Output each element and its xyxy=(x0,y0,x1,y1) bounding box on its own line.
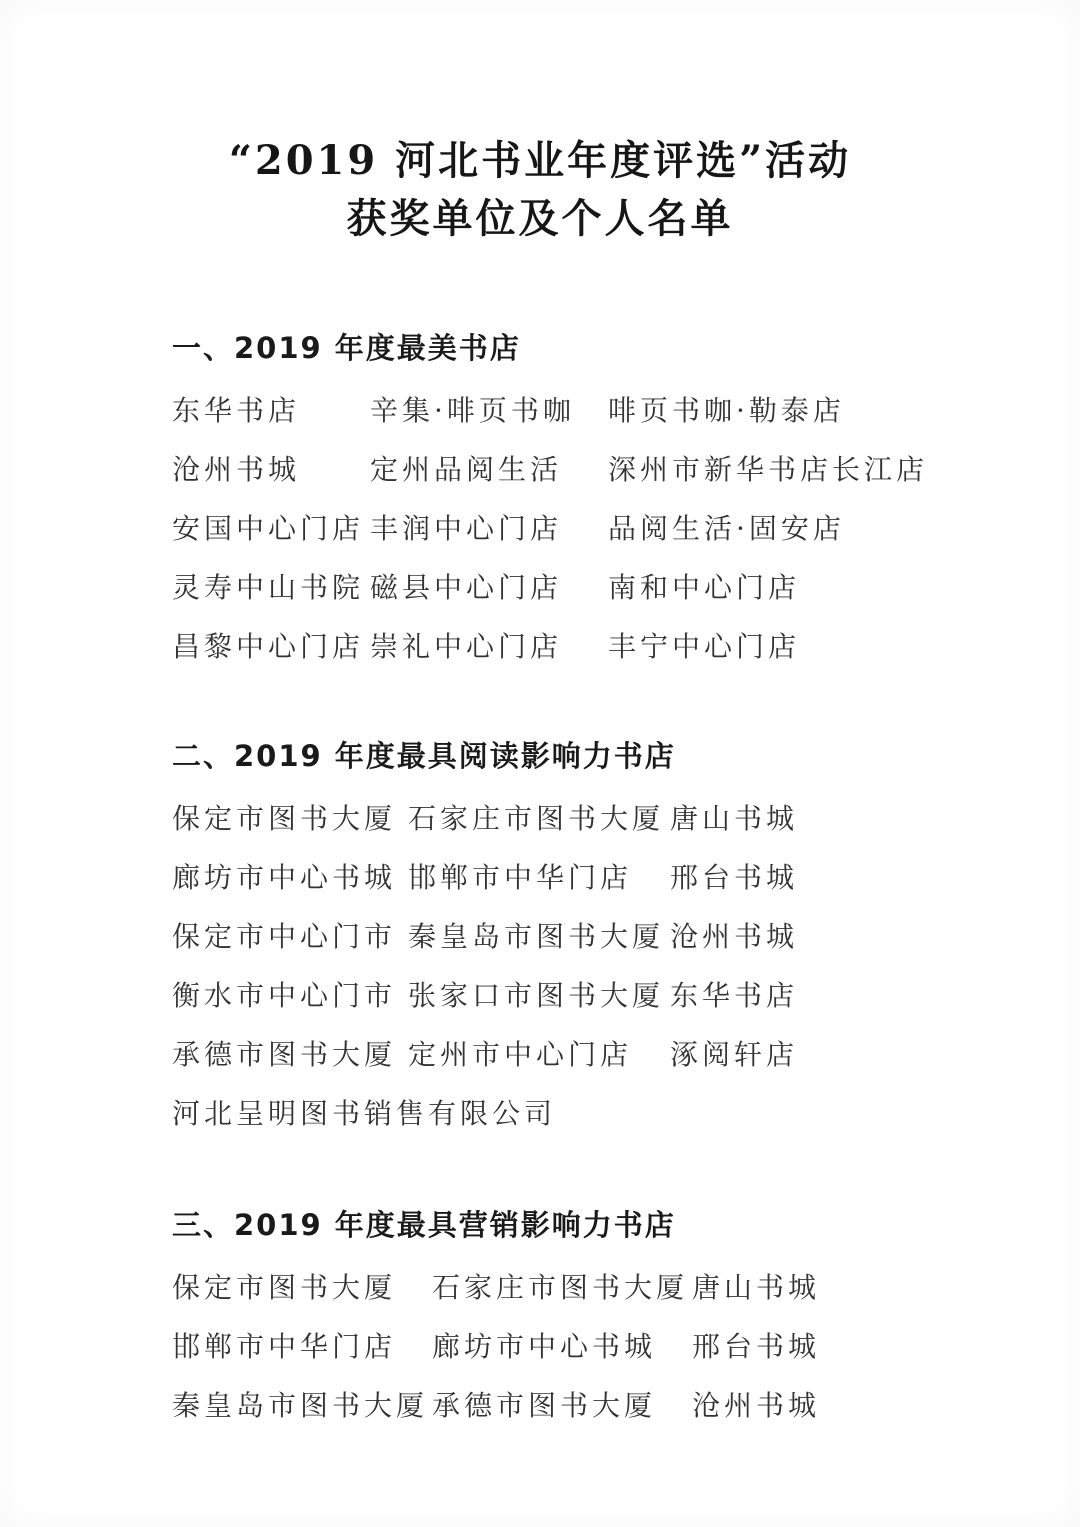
award-recipient: 唐山书城 xyxy=(670,803,960,834)
award-recipient: 昌黎中心门店 xyxy=(172,631,370,662)
award-recipient: 涿阅轩店 xyxy=(670,1039,960,1070)
document-title: “2019 河北书业年度评选”活动 获奖单位及个人名单 xyxy=(0,0,1080,248)
section-heading: 三、2019 年度最具营销影响力书店 xyxy=(172,1203,960,1244)
award-row: 沧州书城 定州品阅生活 深州市新华书店长江店 xyxy=(172,454,960,485)
section-reading-influence: 二、2019 年度最具阅读影响力书店 保定市图书大厦 石家庄市图书大厦 唐山书城… xyxy=(172,734,960,1129)
award-recipient: 衡水市中心门市 xyxy=(172,980,408,1011)
award-recipient: 张家口市图书大厦 xyxy=(408,980,670,1011)
document-title-line2: 获奖单位及个人名单 xyxy=(0,190,1080,248)
award-row: 衡水市中心门市 张家口市图书大厦 东华书店 xyxy=(172,980,960,1011)
award-row: 廊坊市中心书城 邯郸市中华门店 邢台书城 xyxy=(172,862,960,893)
award-recipient: 磁县中心门店 xyxy=(370,572,608,603)
award-recipient: 保定市中心门市 xyxy=(172,921,408,952)
award-row: 秦皇岛市图书大厦 承德市图书大厦 沧州书城 xyxy=(172,1390,960,1421)
award-recipient: 品阅生活·固安店 xyxy=(608,513,960,544)
award-recipient: 邢台书城 xyxy=(692,1331,960,1362)
award-recipient: 秦皇岛市图书大厦 xyxy=(408,921,670,952)
document-page: “2019 河北书业年度评选”活动 获奖单位及个人名单 一、2019 年度最美书… xyxy=(0,0,1080,1527)
award-recipient: 定州市中心门店 xyxy=(408,1039,670,1070)
award-recipient: 安国中心门店 xyxy=(172,513,370,544)
award-row: 东华书店 辛集·啡页书咖 啡页书咖·勒泰店 xyxy=(172,395,960,426)
section-heading: 一、2019 年度最美书店 xyxy=(172,326,960,367)
award-recipient: 南和中心门店 xyxy=(608,572,960,603)
award-recipient: 灵寿中山书院 xyxy=(172,572,370,603)
award-recipient: 沧州书城 xyxy=(172,454,370,485)
award-row: 灵寿中山书院 磁县中心门店 南和中心门店 xyxy=(172,572,960,603)
award-recipient: 丰润中心门店 xyxy=(370,513,608,544)
section-heading: 二、2019 年度最具阅读影响力书店 xyxy=(172,734,960,775)
award-recipient: 崇礼中心门店 xyxy=(370,631,608,662)
award-recipient: 承德市图书大厦 xyxy=(432,1390,692,1421)
award-recipient: 廊坊市中心书城 xyxy=(432,1331,692,1362)
award-recipient: 邯郸市中华门店 xyxy=(408,862,670,893)
award-row: 安国中心门店 丰润中心门店 品阅生活·固安店 xyxy=(172,513,960,544)
award-row: 保定市中心门市 秦皇岛市图书大厦 沧州书城 xyxy=(172,921,960,952)
award-recipient: 廊坊市中心书城 xyxy=(172,862,408,893)
section-marketing-influence: 三、2019 年度最具营销影响力书店 保定市图书大厦 石家庄市图书大厦 唐山书城… xyxy=(172,1203,960,1421)
award-recipient: 啡页书咖·勒泰店 xyxy=(608,395,960,426)
award-recipient: 东华书店 xyxy=(172,395,370,426)
award-recipient: 辛集·啡页书咖 xyxy=(370,395,608,426)
award-recipient: 邢台书城 xyxy=(670,862,960,893)
award-recipient: 丰宁中心门店 xyxy=(608,631,960,662)
award-recipient xyxy=(670,1098,960,1129)
award-recipient: 邯郸市中华门店 xyxy=(172,1331,432,1362)
award-recipient: 保定市图书大厦 xyxy=(172,803,408,834)
section-best-bookstore: 一、2019 年度最美书店 东华书店 辛集·啡页书咖 啡页书咖·勒泰店 沧州书城… xyxy=(172,326,960,662)
award-recipient xyxy=(408,1098,670,1129)
award-recipient: 河北呈明图书销售有限公司 xyxy=(172,1098,408,1129)
award-row: 邯郸市中华门店 廊坊市中心书城 邢台书城 xyxy=(172,1331,960,1362)
award-recipient: 承德市图书大厦 xyxy=(172,1039,408,1070)
award-row: 昌黎中心门店 崇礼中心门店 丰宁中心门店 xyxy=(172,631,960,662)
document-body: 一、2019 年度最美书店 东华书店 辛集·啡页书咖 啡页书咖·勒泰店 沧州书城… xyxy=(172,326,960,1421)
award-row: 承德市图书大厦 定州市中心门店 涿阅轩店 xyxy=(172,1039,960,1070)
award-recipient: 石家庄市图书大厦 xyxy=(408,803,670,834)
award-recipient: 定州品阅生活 xyxy=(370,454,608,485)
award-row: 河北呈明图书销售有限公司 xyxy=(172,1098,960,1129)
award-recipient: 唐山书城 xyxy=(692,1272,960,1303)
award-recipient: 深州市新华书店长江店 xyxy=(608,454,960,485)
award-recipient: 秦皇岛市图书大厦 xyxy=(172,1390,432,1421)
award-recipient: 保定市图书大厦 xyxy=(172,1272,432,1303)
award-recipient: 沧州书城 xyxy=(692,1390,960,1421)
award-recipient: 石家庄市图书大厦 xyxy=(432,1272,692,1303)
award-row: 保定市图书大厦 石家庄市图书大厦 唐山书城 xyxy=(172,1272,960,1303)
award-row: 保定市图书大厦 石家庄市图书大厦 唐山书城 xyxy=(172,803,960,834)
award-recipient: 沧州书城 xyxy=(670,921,960,952)
document-title-line1: “2019 河北书业年度评选”活动 xyxy=(0,132,1080,190)
award-recipient: 东华书店 xyxy=(670,980,960,1011)
